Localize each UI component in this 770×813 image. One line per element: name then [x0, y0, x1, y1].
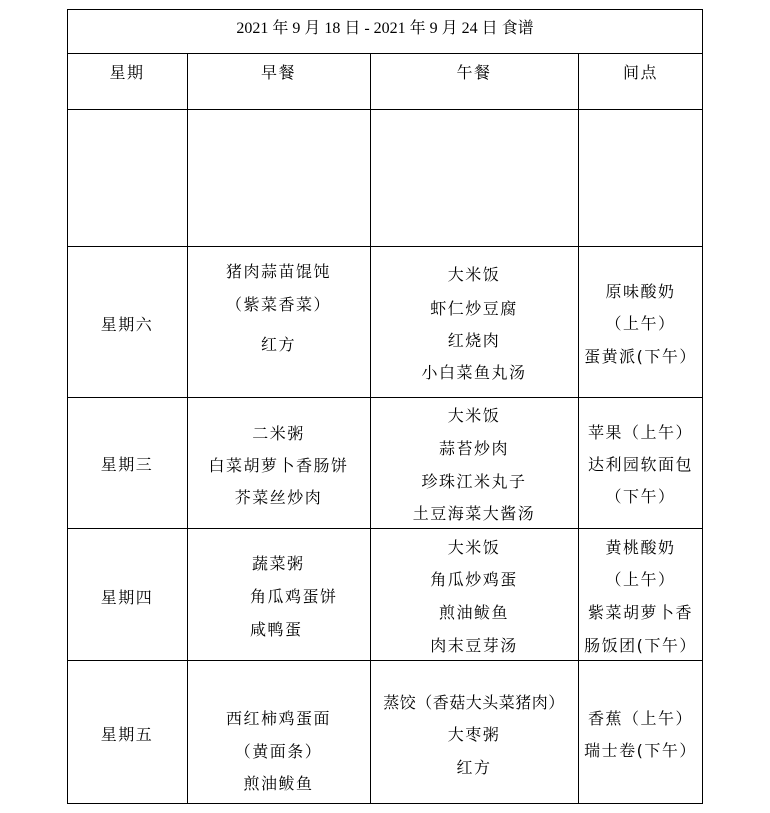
- menu-item: 瑞士卷(下午）: [578, 741, 703, 761]
- menu-item: 大枣粥: [370, 725, 578, 745]
- day-cell-friday: 星期五: [67, 0, 187, 813]
- menu-item: 香蕉（上午）: [578, 709, 703, 729]
- day-label: 星期五: [67, 725, 187, 745]
- menu-item: 煎油鲅鱼: [187, 774, 370, 794]
- menu-item: 红方: [370, 758, 578, 778]
- breakfast-cell-friday: 西红柿鸡蛋面 （黄面条） 煎油鲅鱼: [187, 0, 370, 813]
- lunch-cell-friday: 蒸饺（香菇大头菜猪肉） 大枣粥 红方: [370, 0, 578, 813]
- menu-item: 西红柿鸡蛋面: [187, 709, 370, 729]
- menu-item: 蒸饺（香菇大头菜猪肉）: [370, 693, 578, 713]
- snack-cell-friday: 香蕉（上午） 瑞士卷(下午）: [578, 0, 703, 813]
- menu-item: （黄面条）: [187, 742, 370, 762]
